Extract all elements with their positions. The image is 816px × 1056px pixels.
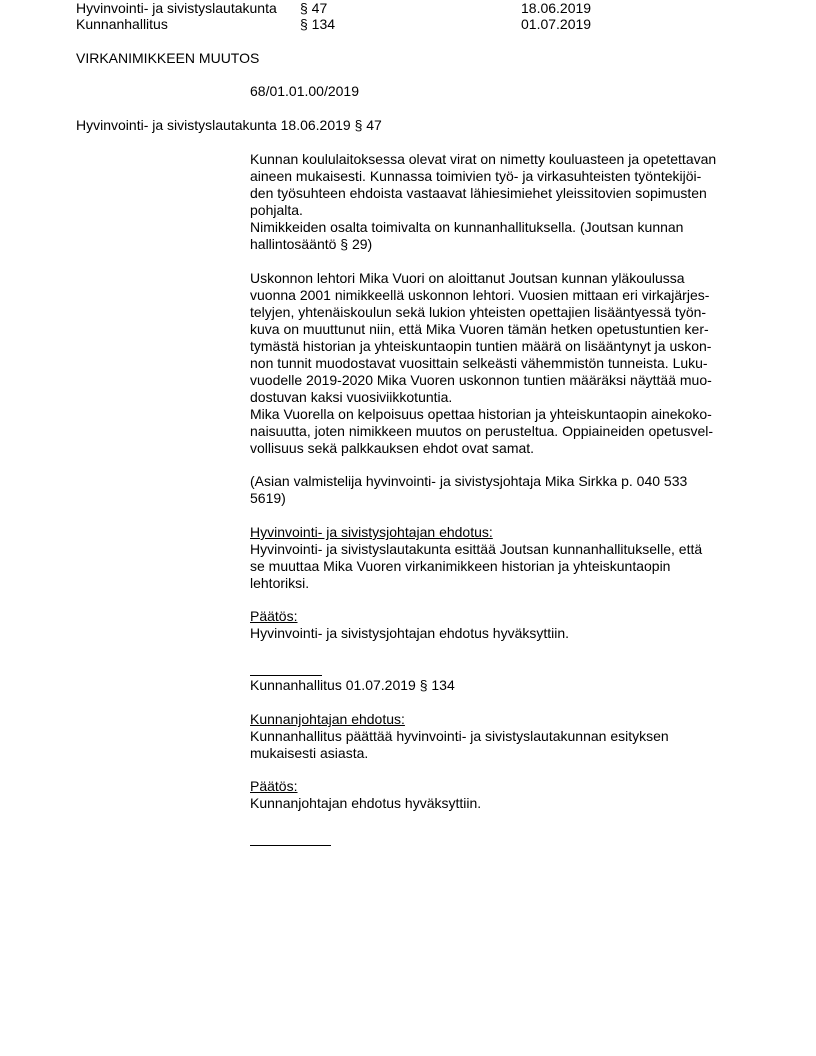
text-line: tymästä historian ja yhteiskuntaopin tun…	[250, 338, 750, 355]
text-line: Kunnan koululaitoksessa olevat virat on …	[250, 151, 750, 168]
header-section: § 47	[300, 0, 327, 17]
mayor-proposal: Kunnanjohtajan ehdotus: Kunnanhallitus p…	[250, 711, 750, 762]
text-line: vollisuus sekä palkkauksen ehdot ovat sa…	[250, 440, 750, 457]
proposal-label: Hyvinvointi- ja sivistysjohtajan ehdotus…	[250, 524, 750, 541]
text-line: aineen mukaisesti. Kunnassa toimivien ty…	[250, 168, 750, 185]
text-line: lehtoriksi.	[250, 575, 750, 592]
text-line: hallintosääntö § 29)	[250, 236, 750, 253]
board-decision: Päätös: Hyvinvointi- ja sivistysjohtajan…	[250, 608, 750, 642]
text-line: vuodelle 2019-2020 Mika Vuoren uskonnon …	[250, 372, 750, 389]
header-body-name: Hyvinvointi- ja sivistyslautakunta	[76, 0, 277, 17]
text-line: Nimikkeiden osalta toimivalta on kunnanh…	[250, 219, 750, 236]
text-line: mukaisesti asiasta.	[250, 745, 750, 762]
section-divider	[250, 845, 331, 846]
decision-text: Hyvinvointi- ja sivistysjohtajan ehdotus…	[250, 625, 750, 642]
header-date: 01.07.2019	[521, 16, 591, 33]
council-decision: Päätös: Kunnanjohtajan ehdotus hyväksytt…	[250, 778, 750, 812]
document-title: VIRKANIMIKKEEN MUUTOS	[76, 50, 259, 67]
decision-label: Päätös:	[250, 778, 750, 795]
text-line: non tunnit muodostavat vuosittain selkeä…	[250, 355, 750, 372]
text-line: Kunnanhallitus päättää hyvinvointi- ja s…	[250, 728, 750, 745]
document-number: 68/01.01.00/2019	[250, 83, 359, 100]
text-line: naisuutta, joten nimikkeen muutos on per…	[250, 423, 750, 440]
text-line: se muuttaa Mika Vuoren virkanimikkeen hi…	[250, 558, 750, 575]
text-line: telyjen, yhtenäiskoulun sekä lukion yhte…	[250, 304, 750, 321]
text-line: Mika Vuorella on kelpoisuus opettaa hist…	[250, 406, 750, 423]
decision-text: Kunnanjohtajan ehdotus hyväksyttiin.	[250, 795, 750, 812]
section-divider	[250, 675, 322, 676]
text-line: 5619)	[250, 490, 750, 507]
background-paragraph: Kunnan koululaitoksessa olevat virat on …	[250, 151, 750, 253]
text-line: (Asian valmistelija hyvinvointi- ja sivi…	[250, 473, 750, 490]
decision-label: Päätös:	[250, 608, 750, 625]
case-paragraph: Uskonnon lehtori Mika Vuori on aloittanu…	[250, 270, 750, 457]
document-page: Hyvinvointi- ja sivistyslautakunta § 47 …	[0, 0, 816, 1056]
text-line: den työsuhteen ehdoista vastaavat lähies…	[250, 185, 750, 202]
header-section: § 134	[300, 16, 335, 33]
proposal-label: Kunnanjohtajan ehdotus:	[250, 711, 750, 728]
text-line: dostuvan kaksi vuosiviikkotuntia.	[250, 389, 750, 406]
meeting-heading: Hyvinvointi- ja sivistyslautakunta 18.06…	[76, 117, 382, 134]
director-proposal: Hyvinvointi- ja sivistysjohtajan ehdotus…	[250, 524, 750, 592]
preparer-note: (Asian valmistelija hyvinvointi- ja sivi…	[250, 473, 750, 507]
text-line: vuonna 2001 nimikkeellä uskonnon lehtori…	[250, 287, 750, 304]
text-line: pohjalta.	[250, 202, 750, 219]
header-body-name: Kunnanhallitus	[76, 16, 168, 33]
text-line: Hyvinvointi- ja sivistyslautakunta esitt…	[250, 541, 750, 558]
text-line: kuva on muuttunut niin, että Mika Vuoren…	[250, 321, 750, 338]
meeting-heading: Kunnanhallitus 01.07.2019 § 134	[250, 677, 750, 694]
header-date: 18.06.2019	[521, 0, 591, 17]
second-meeting: Kunnanhallitus 01.07.2019 § 134	[250, 677, 750, 694]
text-line: Uskonnon lehtori Mika Vuori on aloittanu…	[250, 270, 750, 287]
